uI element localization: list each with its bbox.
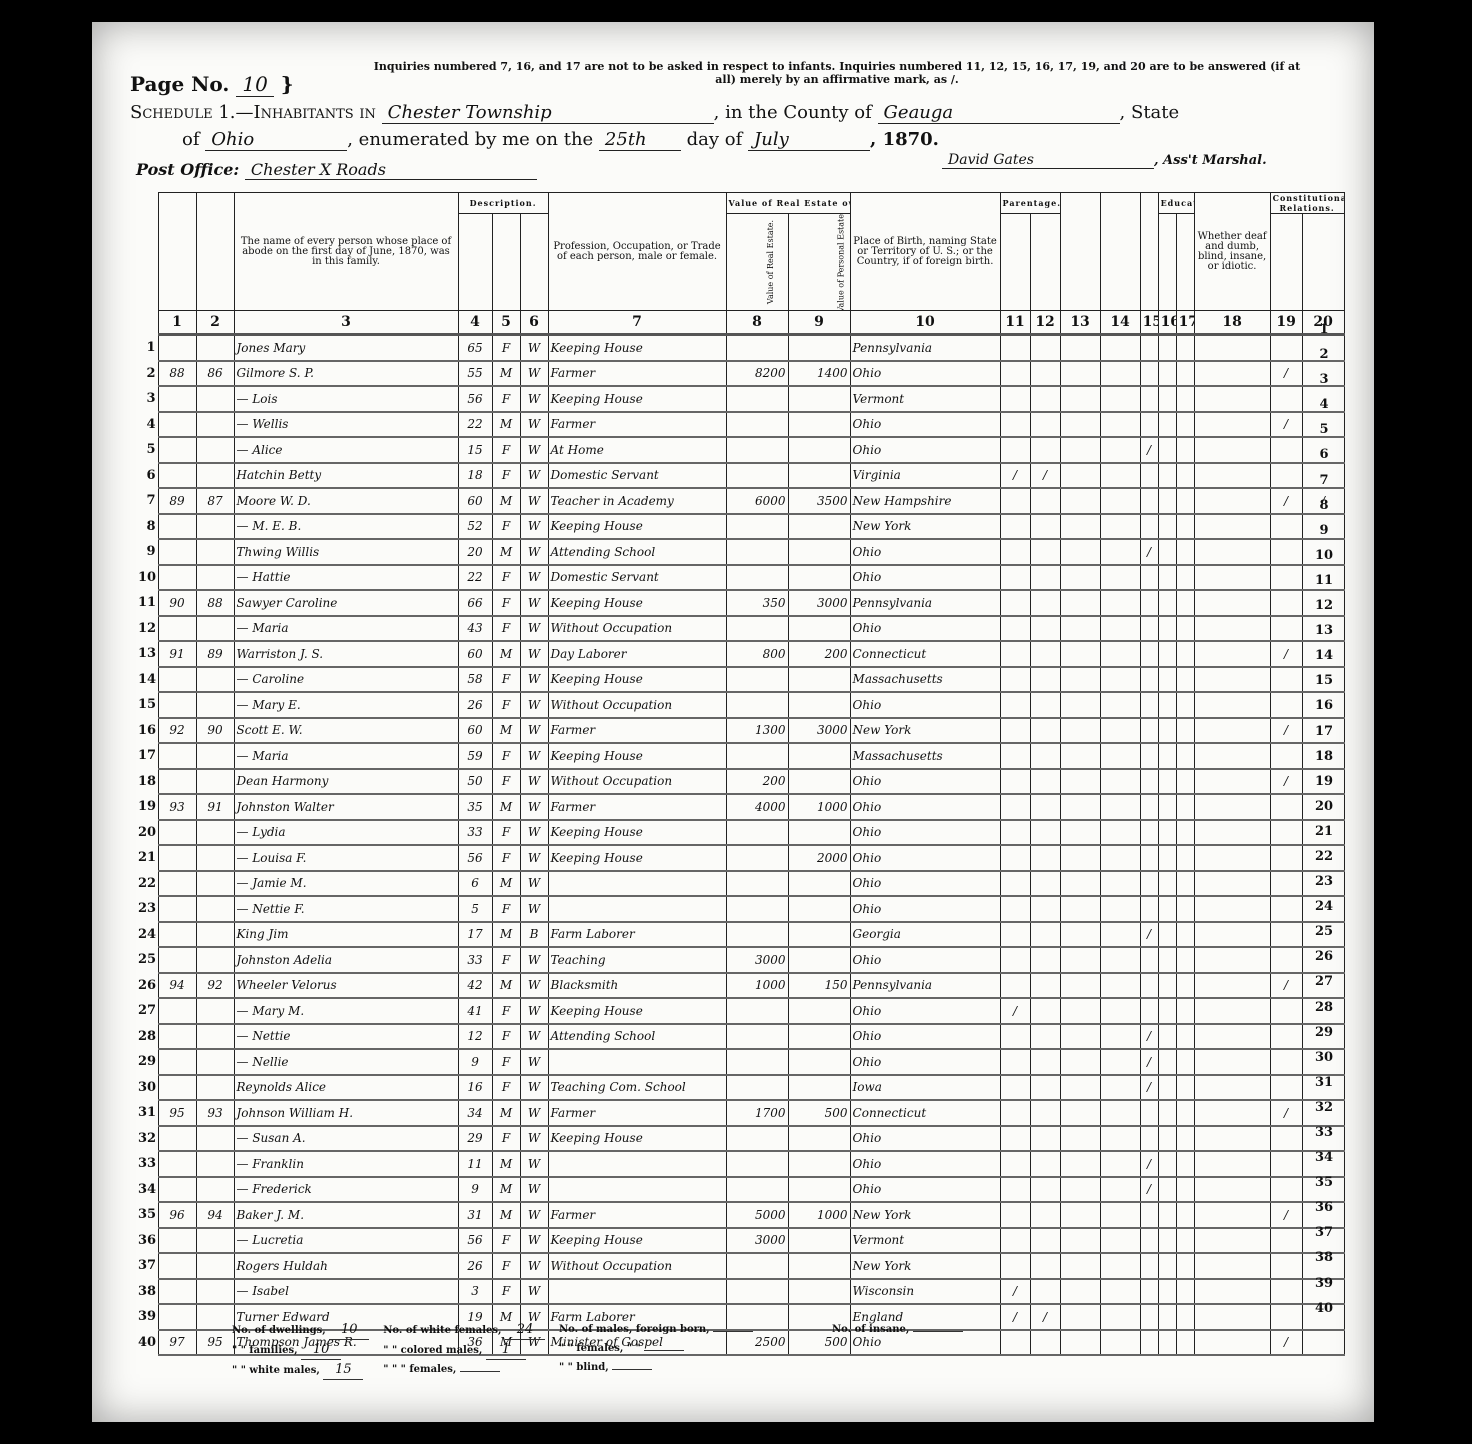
sex: M <box>492 641 520 667</box>
col-dwelling-header: Dwelling-houses, numbered in the order o… <box>158 193 196 311</box>
married-within-year <box>1100 896 1140 922</box>
cannot-read <box>1158 1151 1176 1177</box>
father-foreign-mark <box>1000 565 1030 591</box>
male-citizen-mark <box>1270 1304 1302 1330</box>
person-name: Johnston Walter <box>234 794 458 820</box>
mother-foreign-mark <box>1030 590 1060 616</box>
age: 6 <box>458 871 492 897</box>
family-number <box>196 871 234 897</box>
cannot-read <box>1158 667 1176 693</box>
dwelling-number <box>158 1177 196 1203</box>
color: W <box>520 947 548 973</box>
occupation: Domestic Servant <box>548 463 726 489</box>
married-within-year <box>1100 667 1140 693</box>
occupation: Keeping House <box>548 514 726 540</box>
right-line-number: 10 <box>1304 548 1344 573</box>
attended-school-mark <box>1140 514 1158 540</box>
sex: M <box>492 488 520 514</box>
father-foreign-mark <box>1000 922 1030 948</box>
real-estate-value: 4000 <box>726 794 788 820</box>
cannot-read <box>1158 845 1176 871</box>
real-estate-value <box>726 412 788 438</box>
personal-estate-value <box>788 1151 850 1177</box>
mother-foreign-mark <box>1030 1126 1060 1152</box>
color: W <box>520 794 548 820</box>
born-within-year <box>1060 641 1100 667</box>
personal-estate-value <box>788 871 850 897</box>
right-line-number: 38 <box>1304 1250 1344 1275</box>
mother-foreign-mark <box>1030 386 1060 412</box>
cannot-write <box>1176 743 1194 769</box>
mother-foreign-mark <box>1030 616 1060 642</box>
deaf-blind-insane <box>1194 386 1270 412</box>
sex: M <box>492 1177 520 1203</box>
born-within-year <box>1060 1075 1100 1101</box>
person-name: — Maria <box>234 616 458 642</box>
right-line-number: 20 <box>1304 799 1344 824</box>
family-number <box>196 514 234 540</box>
cannot-read <box>1158 692 1176 718</box>
family-number <box>196 896 234 922</box>
father-foreign-mark: / <box>1000 1279 1030 1305</box>
mother-foreign-mark <box>1030 412 1060 438</box>
male-citizen-mark: / <box>1270 1202 1302 1228</box>
attended-school-mark <box>1140 947 1158 973</box>
male-citizen-mark <box>1270 871 1302 897</box>
sex: F <box>492 565 520 591</box>
occupation: Blacksmith <box>548 973 726 999</box>
cannot-read <box>1158 922 1176 948</box>
dwelling-number <box>158 820 196 846</box>
attended-school-mark: / <box>1140 1151 1158 1177</box>
right-line-number: 2 <box>1304 347 1344 372</box>
mother-foreign-mark <box>1030 743 1060 769</box>
male-citizen-mark <box>1270 692 1302 718</box>
line-number: 25 <box>136 947 158 973</box>
deaf-blind-insane <box>1194 667 1270 693</box>
married-within-year <box>1100 514 1140 540</box>
line-number: 7 <box>136 488 158 514</box>
attended-school-mark <box>1140 1304 1158 1330</box>
line-number: 1 <box>136 335 158 361</box>
cannot-write <box>1176 1126 1194 1152</box>
personal-estate-value <box>788 692 850 718</box>
born-within-year <box>1060 692 1100 718</box>
occupation: Keeping House <box>548 998 726 1024</box>
state-field: Ohio <box>205 129 347 151</box>
census-row: 78987Moore W. D.60MWTeacher in Academy60… <box>136 488 1344 514</box>
right-line-number: 36 <box>1304 1200 1344 1225</box>
census-row: 15— Mary E.26FWWithout OccupationOhio <box>136 692 1344 718</box>
personal-estate-value <box>788 463 850 489</box>
insane-count <box>913 1331 963 1332</box>
real-estate-value <box>726 1151 788 1177</box>
cannot-read <box>1158 565 1176 591</box>
dwelling-number: 93 <box>158 794 196 820</box>
age: 58 <box>458 667 492 693</box>
line-number: 9 <box>136 539 158 565</box>
color: W <box>520 1202 548 1228</box>
real-estate-value: 200 <box>726 769 788 795</box>
birthplace: Virginia <box>850 463 1000 489</box>
real-estate-value <box>726 539 788 565</box>
personal-estate-value <box>788 565 850 591</box>
real-estate-value <box>726 1279 788 1305</box>
male-citizen-mark <box>1270 1253 1302 1279</box>
cannot-read <box>1158 947 1176 973</box>
sex: F <box>492 1049 520 1075</box>
born-within-year <box>1060 1304 1100 1330</box>
age: 12 <box>458 1024 492 1050</box>
family-number <box>196 820 234 846</box>
family-number <box>196 769 234 795</box>
line-number: 15 <box>136 692 158 718</box>
married-within-year <box>1100 1024 1140 1050</box>
cannot-write <box>1176 845 1194 871</box>
line-number: 32 <box>136 1126 158 1152</box>
cannot-write <box>1176 998 1194 1024</box>
married-within-year <box>1100 922 1140 948</box>
dwelling-number <box>158 845 196 871</box>
sex: F <box>492 1075 520 1101</box>
color: W <box>520 692 548 718</box>
father-foreign-mark: / <box>1000 463 1030 489</box>
person-name: — Frederick <box>234 1177 458 1203</box>
white-females-count: 24 <box>505 1320 545 1340</box>
born-within-year <box>1060 386 1100 412</box>
census-row: 319593Johnson William H.34MWFarmer170050… <box>136 1100 1344 1126</box>
born-within-year <box>1060 1202 1100 1228</box>
dwelling-number <box>158 1151 196 1177</box>
attended-school-mark: / <box>1140 1177 1158 1203</box>
born-within-year <box>1060 998 1100 1024</box>
age: 11 <box>458 1151 492 1177</box>
dwelling-number: 90 <box>158 590 196 616</box>
census-row: 1Jones Mary65FWKeeping HousePennsylvania <box>136 335 1344 361</box>
cannot-write <box>1176 794 1194 820</box>
cannot-read <box>1158 718 1176 744</box>
census-row: 10— Hattie22FWDomestic ServantOhio <box>136 565 1344 591</box>
person-name: — Mary M. <box>234 998 458 1024</box>
right-line-number: 34 <box>1304 1150 1344 1175</box>
occupation: Farmer <box>548 361 726 387</box>
occupation: Without Occupation <box>548 616 726 642</box>
personal-estate-value <box>788 896 850 922</box>
dwelling-number <box>158 922 196 948</box>
born-within-year <box>1060 845 1100 871</box>
census-row: 22— Jamie M.6MWOhio <box>136 871 1344 897</box>
father-foreign-mark <box>1000 616 1030 642</box>
occupation <box>548 1177 726 1203</box>
married-within-year <box>1100 947 1140 973</box>
personal-estate-value <box>788 820 850 846</box>
marshal-name: David Gates <box>942 152 1154 169</box>
line-number: 14 <box>136 667 158 693</box>
personal-estate-value <box>788 1075 850 1101</box>
married-within-year <box>1100 1279 1140 1305</box>
right-line-number: 8 <box>1304 498 1344 523</box>
male-citizen-mark: / <box>1270 973 1302 999</box>
occupation: Farmer <box>548 1202 726 1228</box>
attended-school-mark <box>1140 641 1158 667</box>
real-estate-value: 6000 <box>726 488 788 514</box>
male-citizen-mark <box>1270 437 1302 463</box>
birthplace: Ohio <box>850 947 1000 973</box>
father-foreign-mark <box>1000 743 1030 769</box>
deaf-blind-insane <box>1194 1049 1270 1075</box>
born-within-year <box>1060 1024 1100 1050</box>
dwelling-number <box>158 1075 196 1101</box>
line-number: 39 <box>136 1304 158 1330</box>
line-number: 28 <box>136 1024 158 1050</box>
age: 9 <box>458 1177 492 1203</box>
personal-estate-value <box>788 1253 850 1279</box>
right-line-number: 9 <box>1304 523 1344 548</box>
age: 60 <box>458 718 492 744</box>
father-foreign-mark <box>1000 1330 1030 1356</box>
cannot-read <box>1158 1049 1176 1075</box>
dwelling-number: 97 <box>158 1330 196 1356</box>
col-personal-estate-header: Value of Personal Estate. <box>788 214 850 311</box>
dwelling-number <box>158 386 196 412</box>
cannot-read <box>1158 335 1176 361</box>
mother-foreign-mark <box>1030 514 1060 540</box>
cannot-read <box>1158 1075 1176 1101</box>
dwelling-number <box>158 335 196 361</box>
page-summary: No. of dwellings, 10 " " families, 10 " … <box>232 1320 753 1380</box>
born-within-year <box>1060 743 1100 769</box>
color: W <box>520 896 548 922</box>
page-label: Page No. <box>130 72 229 96</box>
born-within-year <box>1060 1049 1100 1075</box>
family-number: 94 <box>196 1202 234 1228</box>
married-within-year <box>1100 1253 1140 1279</box>
right-line-number: 15 <box>1304 673 1344 698</box>
married-within-year <box>1100 641 1140 667</box>
cannot-write <box>1176 1202 1194 1228</box>
occupation: Without Occupation <box>548 692 726 718</box>
deaf-blind-insane <box>1194 539 1270 565</box>
birthplace: Ohio <box>850 871 1000 897</box>
right-line-numbers: 1234567891011121314151617181920212223242… <box>1304 322 1344 1326</box>
born-within-year <box>1060 1330 1100 1356</box>
father-foreign-mark <box>1000 769 1030 795</box>
occupation: Farm Laborer <box>548 922 726 948</box>
sex: M <box>492 361 520 387</box>
mother-foreign-mark <box>1030 1177 1060 1203</box>
occupation: Keeping House <box>548 590 726 616</box>
cannot-read <box>1158 743 1176 769</box>
age: 35 <box>458 794 492 820</box>
male-citizen-mark <box>1270 896 1302 922</box>
father-foreign-mark <box>1000 335 1030 361</box>
married-within-year <box>1100 1075 1140 1101</box>
married-within-year <box>1100 565 1140 591</box>
person-name: Dean Harmony <box>234 769 458 795</box>
line-number: 13 <box>136 641 158 667</box>
age: 56 <box>458 386 492 412</box>
sex: M <box>492 1100 520 1126</box>
born-within-year <box>1060 820 1100 846</box>
census-row: 38— Isabel3FWWisconsin/ <box>136 1279 1344 1305</box>
birthplace: New York <box>850 718 1000 744</box>
line-number: 24 <box>136 922 158 948</box>
mother-foreign-mark <box>1030 922 1060 948</box>
occupation: Without Occupation <box>548 769 726 795</box>
deaf-blind-insane <box>1194 794 1270 820</box>
color: W <box>520 1177 548 1203</box>
col-age-header: Age at last birth-day. If under 1 year, … <box>458 214 492 311</box>
census-row: 8— M. E. B.52FWKeeping HouseNew York <box>136 514 1344 540</box>
person-name: — Mary E. <box>234 692 458 718</box>
male-citizen-mark <box>1270 590 1302 616</box>
cannot-read <box>1158 1330 1176 1356</box>
sex: M <box>492 412 520 438</box>
occupation: Keeping House <box>548 1228 726 1254</box>
birthplace: Ohio <box>850 616 1000 642</box>
age: 66 <box>458 590 492 616</box>
birthplace: Vermont <box>850 386 1000 412</box>
sex: M <box>492 1202 520 1228</box>
cannot-read <box>1158 973 1176 999</box>
family-number <box>196 743 234 769</box>
married-within-year <box>1100 820 1140 846</box>
birthplace: Connecticut <box>850 1100 1000 1126</box>
birthplace: Ohio <box>850 692 1000 718</box>
birthplace: Iowa <box>850 1075 1000 1101</box>
right-line-number: 11 <box>1304 573 1344 598</box>
line-number: 10 <box>136 565 158 591</box>
sex: F <box>492 692 520 718</box>
color: W <box>520 820 548 846</box>
mother-foreign-mark <box>1030 1151 1060 1177</box>
personal-estate-value <box>788 769 850 795</box>
born-within-year <box>1060 590 1100 616</box>
color: W <box>520 412 548 438</box>
family-number <box>196 1126 234 1152</box>
post-office-label: Post Office: <box>136 160 239 179</box>
personal-estate-value <box>788 947 850 973</box>
family-number: 86 <box>196 361 234 387</box>
cannot-read <box>1158 616 1176 642</box>
deaf-blind-insane <box>1194 437 1270 463</box>
attended-school-mark <box>1140 794 1158 820</box>
inquiry-note-1: Inquiries numbered 7, 16, and 17 are not… <box>374 60 836 73</box>
male-citizen-mark <box>1270 845 1302 871</box>
person-name: Rogers Huldah <box>234 1253 458 1279</box>
color: W <box>520 488 548 514</box>
color: W <box>520 463 548 489</box>
person-name: — Nettie F. <box>234 896 458 922</box>
mother-foreign-mark <box>1030 973 1060 999</box>
age: 59 <box>458 743 492 769</box>
attended-school-mark <box>1140 565 1158 591</box>
real-estate-value: 3000 <box>726 947 788 973</box>
real-estate-value <box>726 1177 788 1203</box>
cannot-write <box>1176 1253 1194 1279</box>
attended-school-mark: / <box>1140 1075 1158 1101</box>
personal-estate-value <box>788 998 850 1024</box>
census-row: 21— Louisa F.56FWKeeping House2000Ohio <box>136 845 1344 871</box>
real-estate-value: 8200 <box>726 361 788 387</box>
person-name: — Nellie <box>234 1049 458 1075</box>
cannot-read <box>1158 871 1176 897</box>
cannot-write <box>1176 463 1194 489</box>
cannot-read <box>1158 514 1176 540</box>
line-number: 11 <box>136 590 158 616</box>
attended-school-mark: / <box>1140 922 1158 948</box>
person-name: King Jim <box>234 922 458 948</box>
attended-school-mark <box>1140 1126 1158 1152</box>
foreign-males-count <box>713 1331 753 1332</box>
cannot-write <box>1176 769 1194 795</box>
cannot-write <box>1176 1177 1194 1203</box>
father-foreign-mark <box>1000 947 1030 973</box>
family-number <box>196 386 234 412</box>
person-name: — Alice <box>234 437 458 463</box>
male-citizen-mark <box>1270 998 1302 1024</box>
col-occupation-header: Profession, Occupation, or Trade of each… <box>548 193 726 311</box>
father-foreign-mark <box>1000 896 1030 922</box>
right-line-number: 29 <box>1304 1025 1344 1050</box>
col-family-header: Families, numbered in the order of visit… <box>196 193 234 311</box>
attended-school-mark <box>1140 1228 1158 1254</box>
born-within-year <box>1060 947 1100 973</box>
color: W <box>520 616 548 642</box>
family-number <box>196 539 234 565</box>
value-group-header: Value of Real Estate owned. <box>726 193 850 214</box>
sex: F <box>492 769 520 795</box>
col-father-foreign-header: Father of foreign birth. <box>1000 214 1030 311</box>
born-within-year <box>1060 1228 1100 1254</box>
mother-foreign-mark <box>1030 667 1060 693</box>
married-within-year <box>1100 437 1140 463</box>
attended-school-mark <box>1140 998 1158 1024</box>
personal-estate-value <box>788 1126 850 1152</box>
personal-estate-value: 1400 <box>788 361 850 387</box>
col-attended-school-header: Attended school within the year. <box>1140 193 1158 311</box>
county-field: Geauga <box>878 102 1120 124</box>
born-within-year <box>1060 539 1100 565</box>
color: W <box>520 1126 548 1152</box>
married-within-year <box>1100 488 1140 514</box>
dwelling-number: 88 <box>158 361 196 387</box>
male-citizen-mark: / <box>1270 718 1302 744</box>
age: 33 <box>458 947 492 973</box>
dwelling-number: 95 <box>158 1100 196 1126</box>
color: W <box>520 335 548 361</box>
occupation: At Home <box>548 437 726 463</box>
real-estate-value <box>726 871 788 897</box>
mother-foreign-mark <box>1030 1228 1060 1254</box>
birthplace: Ohio <box>850 998 1000 1024</box>
deaf-blind-insane <box>1194 1253 1270 1279</box>
real-estate-value: 800 <box>726 641 788 667</box>
personal-estate-value <box>788 1228 850 1254</box>
age: 43 <box>458 616 492 642</box>
male-citizen-mark <box>1270 1049 1302 1075</box>
real-estate-value <box>726 386 788 412</box>
family-number <box>196 565 234 591</box>
age: 60 <box>458 488 492 514</box>
deaf-blind-insane <box>1194 514 1270 540</box>
right-line-number: 31 <box>1304 1075 1344 1100</box>
col-deaf-blind-header: Whether deaf and dumb, blind, insane, or… <box>1194 193 1270 311</box>
right-line-number: 19 <box>1304 774 1344 799</box>
birthplace: Ohio <box>850 1024 1000 1050</box>
born-within-year <box>1060 769 1100 795</box>
census-row: 4— Wellis22MWFarmerOhio/ <box>136 412 1344 438</box>
